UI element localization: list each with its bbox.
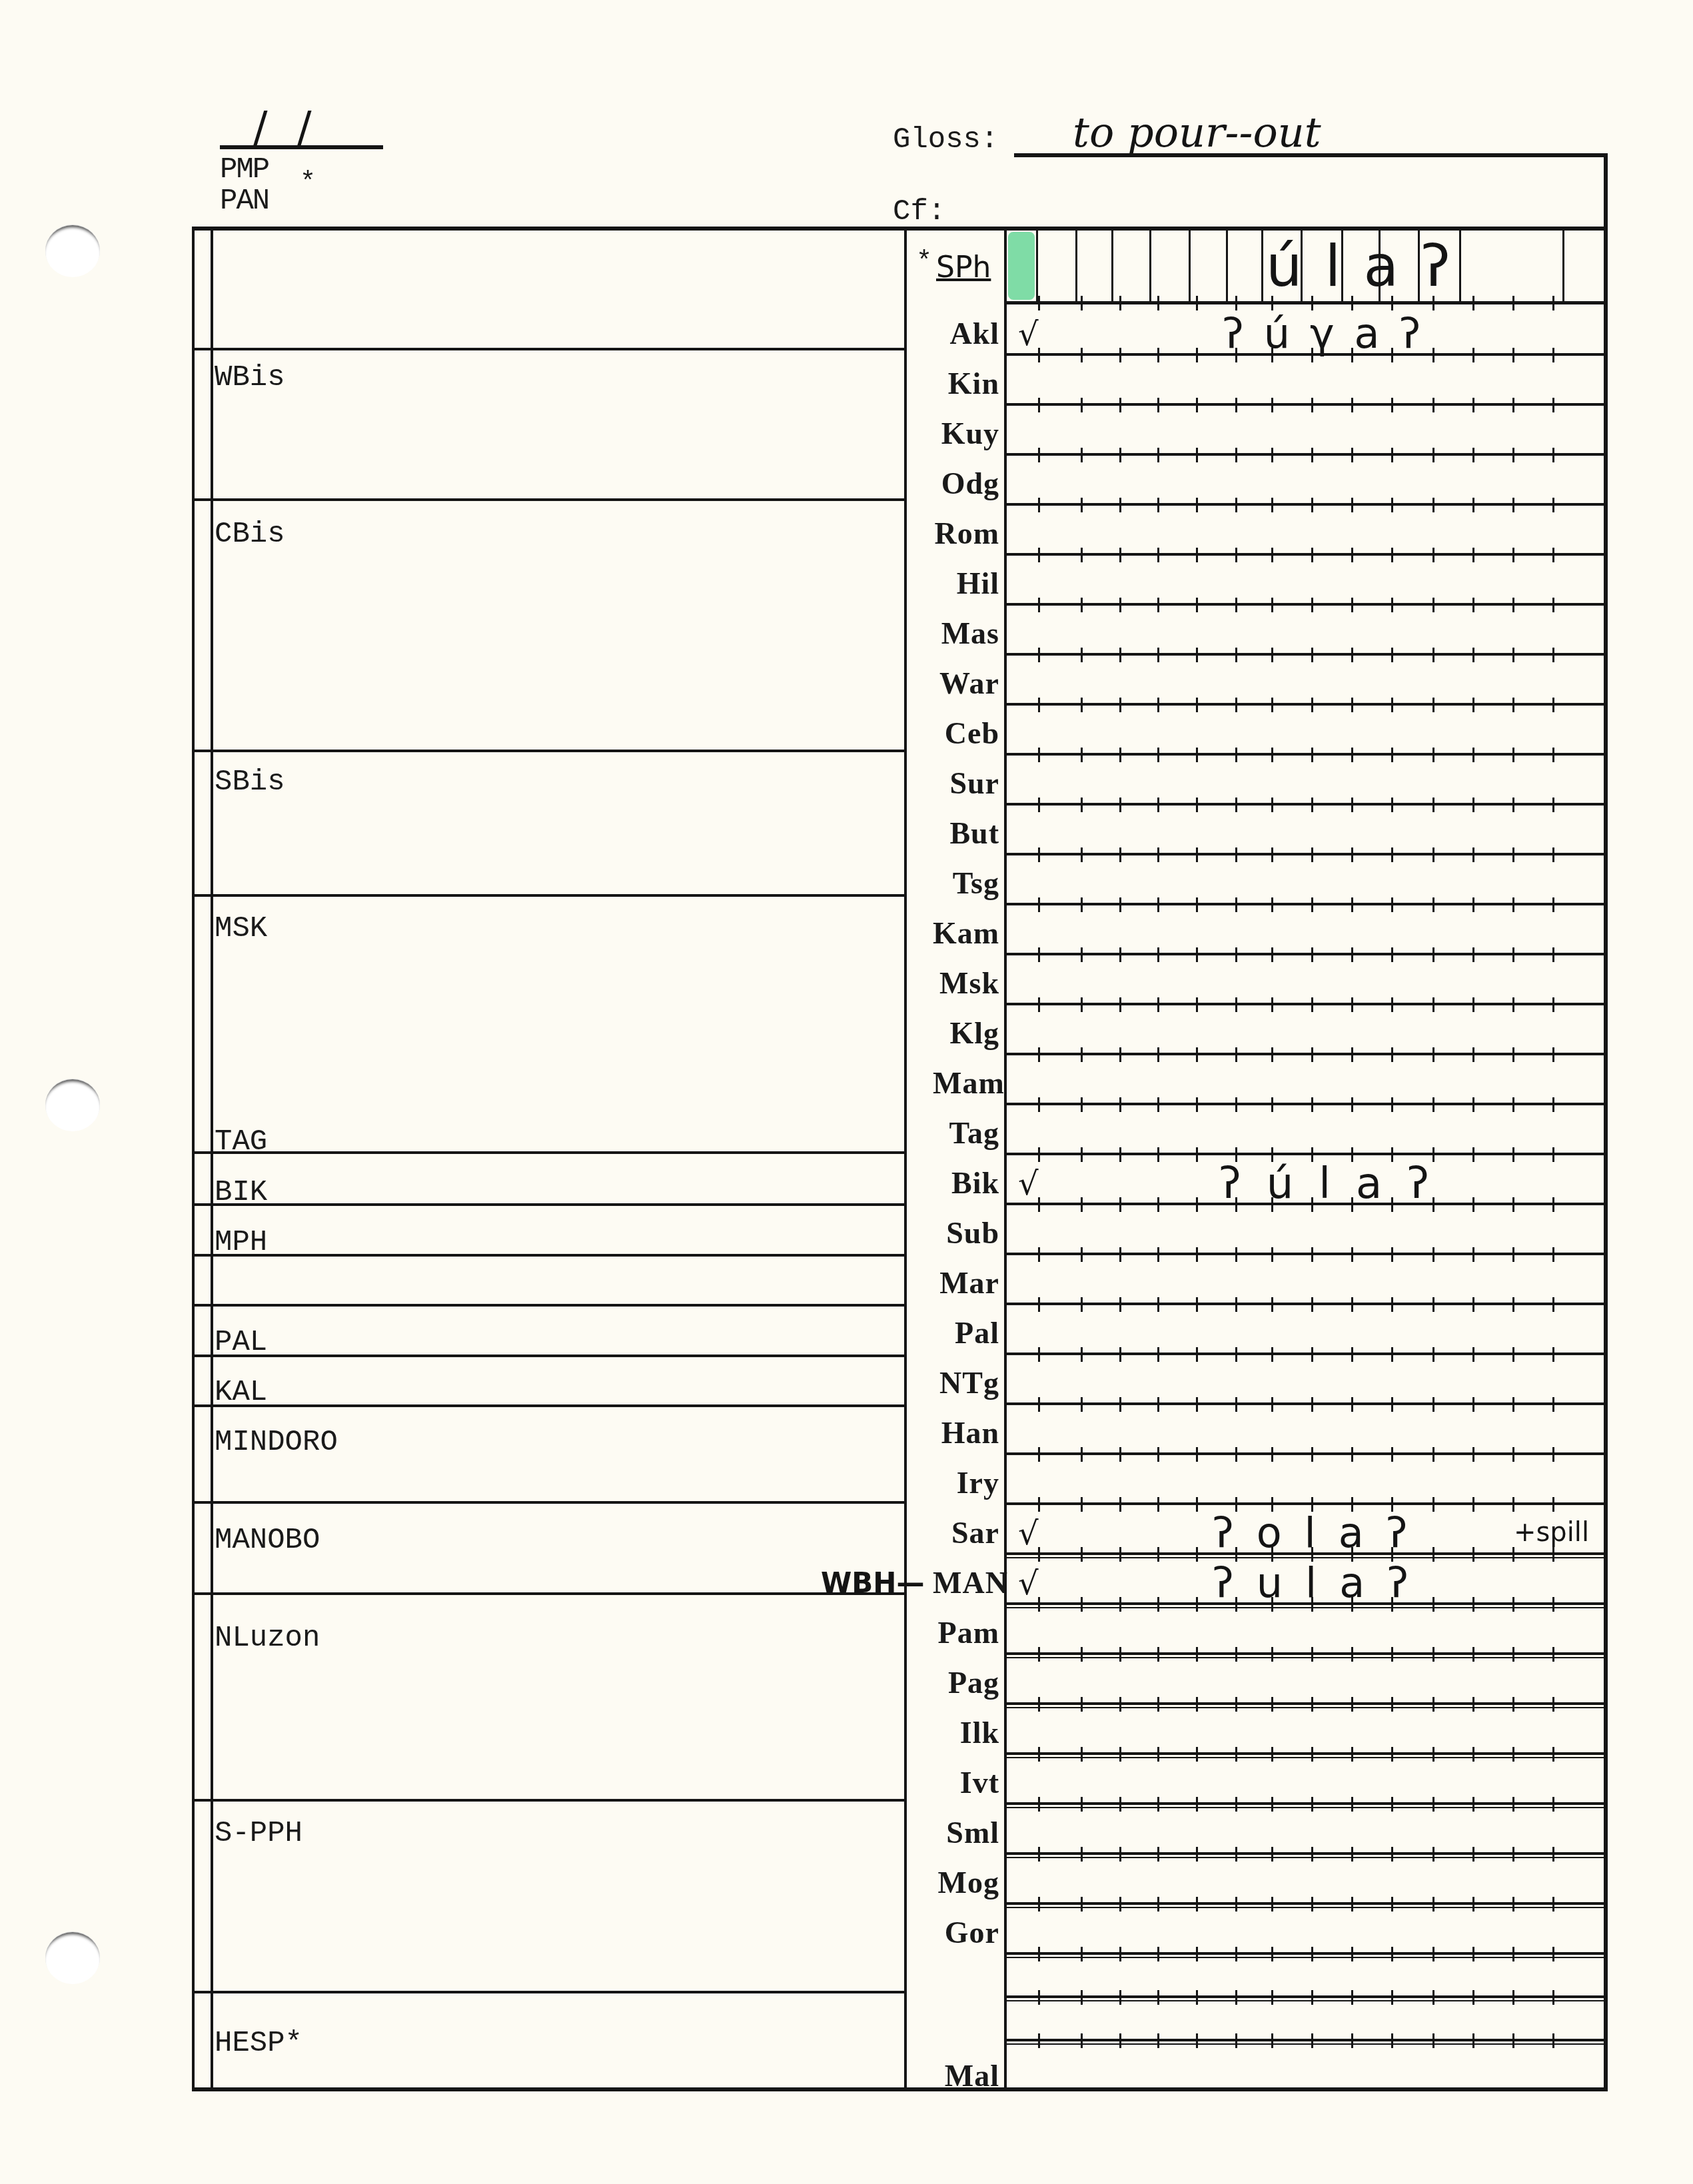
tick-mark bbox=[1432, 448, 1434, 462]
language-code: Ceb bbox=[933, 718, 999, 749]
tick-mark bbox=[1235, 1347, 1237, 1362]
tick-mark bbox=[1512, 398, 1514, 412]
tick-mark bbox=[1391, 1347, 1393, 1362]
tick-mark bbox=[1391, 1990, 1393, 2005]
cognate-form[interactable]: ʔulaʔ bbox=[1213, 1562, 1431, 1604]
tick-mark bbox=[1119, 1990, 1121, 2005]
tick-mark bbox=[1196, 1947, 1198, 1961]
tick-mark bbox=[1552, 1197, 1554, 1212]
tick-mark bbox=[1391, 798, 1393, 812]
tick-mark bbox=[1311, 1990, 1313, 2005]
group-divider-line bbox=[193, 1991, 906, 1993]
tick-mark bbox=[1119, 1847, 1121, 1862]
tick-mark bbox=[1472, 1947, 1474, 1961]
tick-mark bbox=[1552, 1647, 1554, 1662]
pmp-label: PMP bbox=[220, 155, 269, 185]
tick-mark bbox=[1512, 348, 1514, 362]
tick-mark bbox=[1119, 1597, 1121, 1612]
tick-mark bbox=[1351, 598, 1353, 612]
language-code: Msk bbox=[933, 968, 999, 999]
tick-mark bbox=[1157, 698, 1159, 712]
tick-mark bbox=[1472, 1747, 1474, 1762]
tick-mark bbox=[1311, 498, 1313, 512]
tick-mark bbox=[1512, 648, 1514, 662]
language-code: Kin bbox=[933, 368, 999, 399]
gloss-underline bbox=[1014, 153, 1607, 157]
tick-mark bbox=[1119, 2033, 1121, 2048]
tick-mark bbox=[1432, 1947, 1434, 1961]
cognate-form[interactable]: ʔolaʔ bbox=[1213, 1512, 1430, 1554]
language-code: Pam bbox=[933, 1618, 999, 1648]
tick-mark bbox=[1432, 2033, 1434, 2048]
tick-mark bbox=[1196, 1847, 1198, 1862]
tick-mark bbox=[1157, 598, 1159, 612]
tick-mark bbox=[1351, 1097, 1353, 1112]
tick-mark bbox=[1119, 598, 1121, 612]
tick-mark bbox=[1157, 448, 1159, 462]
tick-mark bbox=[1119, 1397, 1121, 1412]
check-mark-icon: √ bbox=[1018, 1168, 1039, 1200]
tick-mark bbox=[1119, 1897, 1121, 1911]
tick-mark bbox=[1119, 498, 1121, 512]
segment-divider bbox=[1562, 231, 1564, 302]
tick-mark bbox=[1081, 997, 1083, 1012]
tick-mark bbox=[1119, 1047, 1121, 1062]
language-code: Klg bbox=[933, 1018, 999, 1049]
language-column-left-border bbox=[904, 227, 907, 2090]
tick-mark bbox=[1552, 1747, 1554, 1762]
tick-mark bbox=[1552, 1797, 1554, 1812]
tick-mark bbox=[1512, 1897, 1514, 1911]
tick-mark bbox=[1235, 1797, 1237, 1812]
tick-mark bbox=[1157, 897, 1159, 912]
tick-mark bbox=[1271, 847, 1273, 862]
tick-mark bbox=[1351, 1647, 1353, 1662]
tick-mark bbox=[1235, 947, 1237, 962]
language-code: Tag bbox=[933, 1118, 999, 1149]
tick-mark bbox=[1472, 798, 1474, 812]
tick-mark bbox=[1472, 1297, 1474, 1312]
tick-mark bbox=[1196, 296, 1198, 310]
cognate-form[interactable]: ʔúlaʔ bbox=[1219, 1163, 1454, 1205]
tick-mark bbox=[1552, 1297, 1554, 1312]
tick-mark bbox=[1196, 448, 1198, 462]
tick-mark bbox=[1081, 1990, 1083, 2005]
tick-mark bbox=[1038, 698, 1040, 712]
tick-mark bbox=[1391, 498, 1393, 512]
check-mark-icon: √ bbox=[1018, 1568, 1039, 1600]
tick-mark bbox=[1119, 548, 1121, 562]
tick-mark bbox=[1432, 1447, 1434, 1462]
tick-mark bbox=[1157, 1347, 1159, 1362]
tick-mark bbox=[1081, 498, 1083, 512]
tick-mark bbox=[1391, 1647, 1393, 1662]
tick-mark bbox=[1391, 398, 1393, 412]
tick-mark bbox=[1472, 398, 1474, 412]
tick-mark bbox=[1552, 1247, 1554, 1262]
tick-mark bbox=[1119, 1097, 1121, 1112]
tick-mark bbox=[1472, 1647, 1474, 1662]
group-divider-line bbox=[193, 1203, 906, 1206]
language-code: Tsg bbox=[933, 868, 999, 899]
tick-mark bbox=[1235, 1247, 1237, 1262]
check-mark-icon: √ bbox=[1018, 318, 1039, 350]
tick-mark bbox=[1196, 847, 1198, 862]
tick-mark bbox=[1271, 748, 1273, 762]
tick-mark bbox=[1512, 798, 1514, 812]
tick-mark bbox=[1472, 698, 1474, 712]
tick-mark bbox=[1512, 448, 1514, 462]
tick-mark bbox=[1157, 296, 1159, 310]
tick-mark bbox=[1311, 2033, 1313, 2048]
tick-mark bbox=[1472, 997, 1474, 1012]
tick-mark bbox=[1472, 1097, 1474, 1112]
tick-mark bbox=[1157, 997, 1159, 1012]
tick-mark bbox=[1271, 997, 1273, 1012]
tick-mark bbox=[1038, 1097, 1040, 1112]
tick-mark bbox=[1472, 1547, 1474, 1562]
tick-mark bbox=[1311, 548, 1313, 562]
tick-mark bbox=[1081, 748, 1083, 762]
tick-mark bbox=[1235, 398, 1237, 412]
tick-mark bbox=[1196, 897, 1198, 912]
cf-label: Cf: bbox=[893, 197, 945, 227]
language-code: Kam bbox=[933, 918, 999, 949]
tick-mark bbox=[1512, 1197, 1514, 1212]
tick-mark bbox=[1432, 598, 1434, 612]
tick-mark bbox=[1552, 947, 1554, 962]
tick-mark bbox=[1512, 1597, 1514, 1612]
tick-mark bbox=[1351, 1697, 1353, 1712]
tick-mark bbox=[1196, 348, 1198, 362]
tick-mark bbox=[1081, 448, 1083, 462]
tick-mark bbox=[1081, 348, 1083, 362]
tick-mark bbox=[1271, 1247, 1273, 1262]
cognate-form[interactable]: ʔúγaʔ bbox=[1223, 313, 1440, 354]
tick-mark bbox=[1512, 598, 1514, 612]
tick-mark bbox=[1157, 748, 1159, 762]
segment-divider bbox=[1149, 231, 1151, 302]
tick-mark bbox=[1432, 947, 1434, 962]
tick-mark bbox=[1038, 997, 1040, 1012]
tick-mark bbox=[1157, 847, 1159, 862]
tick-mark bbox=[1311, 1947, 1313, 1961]
tick-mark bbox=[1472, 1347, 1474, 1362]
tick-mark bbox=[1552, 648, 1554, 662]
tick-mark bbox=[1391, 548, 1393, 562]
tick-mark bbox=[1235, 1297, 1237, 1312]
gloss-label: Gloss: bbox=[893, 125, 998, 155]
sph-asterisk: * bbox=[916, 250, 932, 276]
tick-mark bbox=[1081, 1747, 1083, 1762]
tick-mark bbox=[1391, 1097, 1393, 1112]
tick-mark bbox=[1196, 1990, 1198, 2005]
tick-mark bbox=[1512, 1297, 1514, 1312]
tick-mark bbox=[1081, 1947, 1083, 1961]
tick-mark bbox=[1157, 1247, 1159, 1262]
tick-mark bbox=[1196, 1647, 1198, 1662]
language-code: Rom bbox=[933, 518, 999, 549]
tick-mark bbox=[1512, 997, 1514, 1012]
tick-mark bbox=[1271, 1647, 1273, 1662]
tick-mark bbox=[1432, 498, 1434, 512]
tick-mark bbox=[1119, 1247, 1121, 1262]
tick-mark bbox=[1157, 947, 1159, 962]
tick-mark bbox=[1311, 997, 1313, 1012]
tick-mark bbox=[1351, 1447, 1353, 1462]
tick-mark bbox=[1472, 648, 1474, 662]
tick-mark bbox=[1391, 2033, 1393, 2048]
tick-mark bbox=[1472, 1847, 1474, 1862]
tick-mark bbox=[1552, 2033, 1554, 2048]
tick-mark bbox=[1512, 897, 1514, 912]
tick-mark bbox=[1119, 798, 1121, 812]
tick-mark bbox=[1271, 498, 1273, 512]
tick-mark bbox=[1235, 1397, 1237, 1412]
tick-mark bbox=[1038, 1047, 1040, 1062]
tick-mark bbox=[1081, 698, 1083, 712]
tick-mark bbox=[1038, 498, 1040, 512]
tick-mark bbox=[1038, 448, 1040, 462]
tick-mark bbox=[1552, 1097, 1554, 1112]
tick-mark bbox=[1157, 398, 1159, 412]
tick-mark bbox=[1038, 1647, 1040, 1662]
tick-mark bbox=[1311, 448, 1313, 462]
tick-mark bbox=[1512, 698, 1514, 712]
tick-mark bbox=[1119, 1347, 1121, 1362]
tick-mark bbox=[1472, 1797, 1474, 1812]
tick-mark bbox=[1235, 1097, 1237, 1112]
tick-mark bbox=[1472, 1047, 1474, 1062]
tick-mark bbox=[1157, 1797, 1159, 1812]
tick-mark bbox=[1512, 847, 1514, 862]
language-code: Sar bbox=[933, 1518, 999, 1548]
tick-mark bbox=[1311, 1347, 1313, 1362]
tick-mark bbox=[1119, 1497, 1121, 1512]
tick-mark bbox=[1235, 1647, 1237, 1662]
group-divider-line bbox=[193, 1592, 906, 1595]
pmp-asterisk: * bbox=[300, 171, 316, 197]
tick-mark bbox=[1472, 748, 1474, 762]
tick-mark bbox=[1038, 1747, 1040, 1762]
tick-mark bbox=[1196, 698, 1198, 712]
tick-mark bbox=[1081, 598, 1083, 612]
tick-mark bbox=[1271, 598, 1273, 612]
tick-mark bbox=[1157, 1397, 1159, 1412]
tick-mark bbox=[1271, 1990, 1273, 2005]
tick-mark bbox=[1157, 548, 1159, 562]
tick-mark bbox=[1472, 1697, 1474, 1712]
tick-mark bbox=[1119, 698, 1121, 712]
date-underline bbox=[220, 145, 383, 149]
date-slashes: / / bbox=[253, 107, 319, 149]
tick-mark bbox=[1472, 2033, 1474, 2048]
tick-mark bbox=[1271, 1297, 1273, 1312]
tick-mark bbox=[1235, 598, 1237, 612]
tick-mark bbox=[1081, 847, 1083, 862]
tick-mark bbox=[1081, 1697, 1083, 1712]
tick-mark bbox=[1351, 847, 1353, 862]
tick-mark bbox=[1196, 1447, 1198, 1462]
tick-mark bbox=[1271, 2033, 1273, 2048]
tick-mark bbox=[1157, 498, 1159, 512]
tick-mark bbox=[1552, 348, 1554, 362]
tick-mark bbox=[1157, 1547, 1159, 1562]
tick-mark bbox=[1081, 398, 1083, 412]
tick-mark bbox=[1311, 897, 1313, 912]
tick-mark bbox=[1271, 448, 1273, 462]
group-divider-line bbox=[193, 1404, 906, 1407]
tick-mark bbox=[1391, 1897, 1393, 1911]
language-code: Han bbox=[933, 1418, 999, 1448]
tick-mark bbox=[1157, 1990, 1159, 2005]
tick-mark bbox=[1196, 947, 1198, 962]
tick-mark bbox=[1512, 1547, 1514, 1562]
tick-mark bbox=[1391, 1297, 1393, 1312]
tick-mark bbox=[1472, 1897, 1474, 1911]
tick-mark bbox=[1235, 1747, 1237, 1762]
tick-mark bbox=[1512, 748, 1514, 762]
tick-mark bbox=[1081, 1347, 1083, 1362]
tick-mark bbox=[1196, 1397, 1198, 1412]
group-label: PAL bbox=[215, 1328, 267, 1357]
group-label: MANOBO bbox=[215, 1526, 320, 1555]
tick-mark bbox=[1081, 1397, 1083, 1412]
tick-mark bbox=[1157, 1047, 1159, 1062]
tick-mark bbox=[1235, 448, 1237, 462]
tick-mark bbox=[1391, 1397, 1393, 1412]
group-label: S-PPH bbox=[215, 1819, 302, 1848]
tick-mark bbox=[1157, 1647, 1159, 1662]
tick-mark bbox=[1081, 1897, 1083, 1911]
tick-mark bbox=[1311, 1697, 1313, 1712]
tick-mark bbox=[1157, 648, 1159, 662]
tick-mark bbox=[1432, 897, 1434, 912]
tick-mark bbox=[1472, 548, 1474, 562]
tick-mark bbox=[1038, 798, 1040, 812]
tick-mark bbox=[1271, 1847, 1273, 1862]
language-code: Gor bbox=[933, 1917, 999, 1948]
tick-mark bbox=[1512, 1747, 1514, 1762]
tick-mark bbox=[1038, 897, 1040, 912]
language-code: Odg bbox=[933, 468, 999, 499]
tick-mark bbox=[1081, 1247, 1083, 1262]
tick-mark bbox=[1552, 1347, 1554, 1362]
tick-mark bbox=[1472, 947, 1474, 962]
tick-mark bbox=[1391, 1847, 1393, 1862]
tick-mark bbox=[1081, 2033, 1083, 2048]
tick-mark bbox=[1432, 1647, 1434, 1662]
language-code: Sur bbox=[933, 768, 999, 799]
tick-mark bbox=[1196, 598, 1198, 612]
group-label: WBis bbox=[215, 363, 285, 392]
tick-mark bbox=[1351, 1397, 1353, 1412]
tick-mark bbox=[1351, 1990, 1353, 2005]
tick-mark bbox=[1157, 1497, 1159, 1512]
tick-mark bbox=[1081, 648, 1083, 662]
tick-mark bbox=[1351, 798, 1353, 812]
tick-mark bbox=[1351, 1347, 1353, 1362]
group-divider-line bbox=[193, 750, 906, 752]
tick-mark bbox=[1432, 1547, 1434, 1562]
language-code: Akl bbox=[933, 318, 999, 349]
tick-mark bbox=[1271, 897, 1273, 912]
tick-mark bbox=[1512, 548, 1514, 562]
tick-mark bbox=[1038, 598, 1040, 612]
tick-mark bbox=[1271, 548, 1273, 562]
tick-mark bbox=[1552, 798, 1554, 812]
tick-mark bbox=[1038, 1990, 1040, 2005]
tick-mark bbox=[1157, 1597, 1159, 1612]
tick-mark bbox=[1351, 897, 1353, 912]
tick-mark bbox=[1038, 1847, 1040, 1862]
group-label: MSK bbox=[215, 914, 267, 943]
language-code: Pag bbox=[933, 1668, 999, 1698]
tick-mark bbox=[1235, 997, 1237, 1012]
language-code: Sml bbox=[933, 1818, 999, 1848]
tick-mark bbox=[1038, 1947, 1040, 1961]
tick-mark bbox=[1512, 1347, 1514, 1362]
tick-mark bbox=[1119, 1547, 1121, 1562]
tick-mark bbox=[1271, 698, 1273, 712]
tick-mark bbox=[1552, 498, 1554, 512]
tick-mark bbox=[1351, 648, 1353, 662]
right-border-top bbox=[1604, 153, 1608, 233]
tick-mark bbox=[1311, 1747, 1313, 1762]
tick-mark bbox=[1235, 847, 1237, 862]
tick-mark bbox=[1038, 1297, 1040, 1312]
tick-mark bbox=[1311, 398, 1313, 412]
tick-mark bbox=[1235, 548, 1237, 562]
tick-mark bbox=[1081, 1797, 1083, 1812]
group-divider-line bbox=[193, 1304, 906, 1307]
check-mark-icon: √ bbox=[1018, 1518, 1039, 1550]
tick-mark bbox=[1038, 847, 1040, 862]
tick-mark bbox=[1196, 748, 1198, 762]
tick-mark bbox=[1119, 398, 1121, 412]
cognate-form[interactable]: úlaʔ bbox=[1266, 238, 1473, 295]
tick-mark bbox=[1311, 1297, 1313, 1312]
tick-mark bbox=[1552, 448, 1554, 462]
tick-mark bbox=[1271, 1347, 1273, 1362]
tick-mark bbox=[1271, 1797, 1273, 1812]
tick-mark bbox=[1038, 1397, 1040, 1412]
tick-mark bbox=[1512, 1497, 1514, 1512]
tick-mark bbox=[1432, 1347, 1434, 1362]
tick-mark bbox=[1512, 1447, 1514, 1462]
gloss-value[interactable]: to pour--out bbox=[1073, 112, 1321, 153]
language-code: Mog bbox=[933, 1868, 999, 1898]
tick-mark bbox=[1391, 1047, 1393, 1062]
tick-mark bbox=[1119, 1947, 1121, 1961]
tick-mark bbox=[1157, 348, 1159, 362]
tick-mark bbox=[1512, 1697, 1514, 1712]
tick-mark bbox=[1512, 1397, 1514, 1412]
tick-mark bbox=[1552, 1397, 1554, 1412]
tick-mark bbox=[1432, 1847, 1434, 1862]
tick-mark bbox=[1432, 1397, 1434, 1412]
language-column-right-border bbox=[1004, 230, 1007, 2090]
tick-mark bbox=[1472, 1497, 1474, 1512]
table-top-border bbox=[193, 227, 1608, 231]
tick-mark bbox=[1351, 1047, 1353, 1062]
tick-mark bbox=[1038, 1697, 1040, 1712]
segment-divider bbox=[1075, 231, 1077, 302]
tick-mark bbox=[1119, 1197, 1121, 1212]
tick-mark bbox=[1119, 1697, 1121, 1712]
tick-mark bbox=[1391, 947, 1393, 962]
cf-value[interactable] bbox=[959, 197, 1559, 227]
